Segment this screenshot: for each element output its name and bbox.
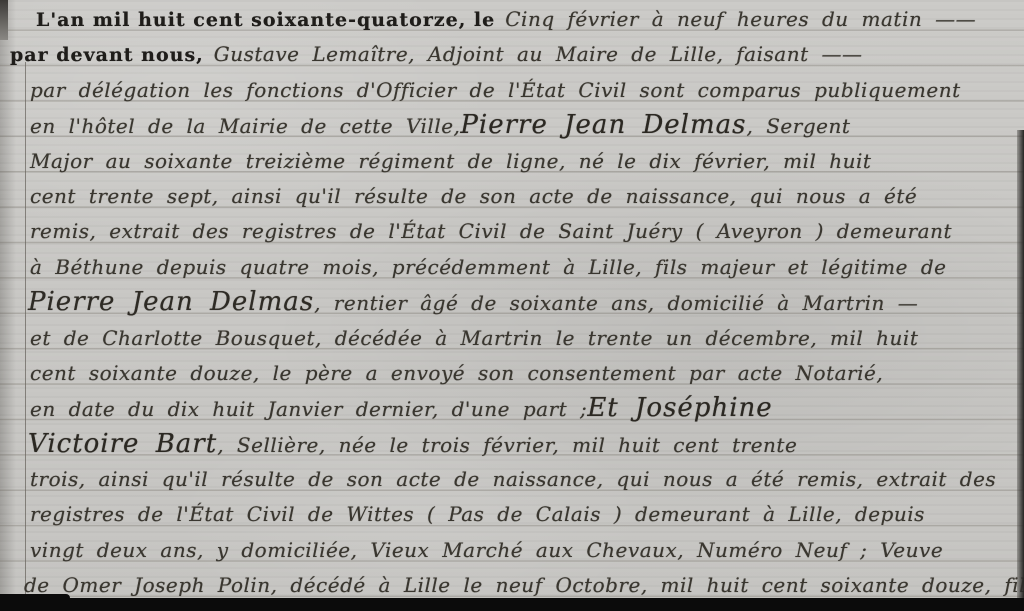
handwritten-text: en l'hôtel de la Mairie de cette Ville,	[30, 109, 460, 143]
scanned-register-page: L'an mil huit cent soixante-quatorze, le…	[0, 0, 1024, 611]
handwritten-text: cent trente sept, ainsi qu'il résulte de…	[30, 179, 917, 214]
document-line: Victoire Bart, Sellière, née le trois fé…	[0, 427, 1024, 462]
document-line: cent trente sept, ainsi qu'il résulte de…	[0, 179, 1024, 214]
document-line: Major au soixante treizième régiment de …	[0, 144, 1024, 179]
document-line: en l'hôtel de la Mairie de cette Ville, …	[0, 108, 1024, 143]
handwritten-text: cent soixante douze, le père a envoyé so…	[30, 356, 883, 391]
handwritten-text: registres de l'État Civil de Wittes ( Pa…	[30, 497, 925, 532]
handwritten-text: Pierre Jean Delmas	[28, 285, 314, 320]
handwritten-text: Pierre Jean Delmas	[460, 108, 746, 143]
document-line: cent soixante douze, le père a envoyé so…	[0, 356, 1024, 391]
handwritten-text: et de Charlotte Bousquet, décédée à Mart…	[30, 321, 918, 356]
document-line: par devant nous,Gustave Lemaître, Adjoin…	[0, 37, 1024, 72]
printed-text: L'an mil huit cent soixante-quatorze, le	[36, 3, 505, 37]
document-line: et de Charlotte Bousquet, décédée à Mart…	[0, 321, 1024, 356]
document-line: vingt deux ans, y domiciliée, Vieux Marc…	[0, 533, 1024, 568]
document-line: à Béthune depuis quatre mois, précédemme…	[0, 250, 1024, 285]
document-line: remis, extrait des registres de l'État C…	[0, 214, 1024, 249]
handwritten-text: Major au soixante treizième régiment de …	[30, 144, 871, 179]
handwritten-text: à Béthune depuis quatre mois, précédemme…	[30, 250, 946, 285]
document-line: L'an mil huit cent soixante-quatorze, le…	[0, 2, 1024, 37]
document-lines: L'an mil huit cent soixante-quatorze, le…	[0, 0, 1024, 611]
handwritten-text: Victoire Bart	[28, 427, 217, 462]
handwritten-text: vingt deux ans, y domiciliée, Vieux Marc…	[30, 533, 943, 568]
scan-edge-top-left	[0, 0, 8, 40]
handwritten-text: , Sellière, née le trois février, mil hu…	[217, 428, 797, 462]
handwritten-text: par délégation les fonctions d'Officier …	[30, 73, 961, 108]
handwritten-text: , rentier âgé de soixante ans, domicilié…	[314, 286, 918, 320]
scan-border-bottom	[0, 598, 1024, 611]
handwritten-text: Cinq février à neuf heures du matin ——	[505, 2, 976, 37]
document-line: trois, ainsi qu'il résulte de son acte d…	[0, 462, 1024, 497]
handwritten-text: trois, ainsi qu'il résulte de son acte d…	[30, 462, 996, 497]
handwritten-text: Et Joséphine	[587, 391, 772, 426]
document-line: par délégation les fonctions d'Officier …	[0, 73, 1024, 108]
document-line: en date du dix huit Janvier dernier, d'u…	[0, 391, 1024, 426]
handwritten-text: Gustave Lemaître, Adjoint au Maire de Li…	[214, 37, 863, 72]
document-line: Pierre Jean Delmas, rentier âgé de soixa…	[0, 285, 1024, 320]
handwritten-text: , Sergent	[747, 109, 851, 143]
document-line: registres de l'État Civil de Wittes ( Pa…	[0, 497, 1024, 532]
handwritten-text: remis, extrait des registres de l'État C…	[30, 214, 952, 249]
printed-text: par devant nous,	[10, 38, 214, 72]
scan-edge-right	[1017, 130, 1024, 611]
handwritten-text: en date du dix huit Janvier dernier, d'u…	[30, 392, 587, 426]
